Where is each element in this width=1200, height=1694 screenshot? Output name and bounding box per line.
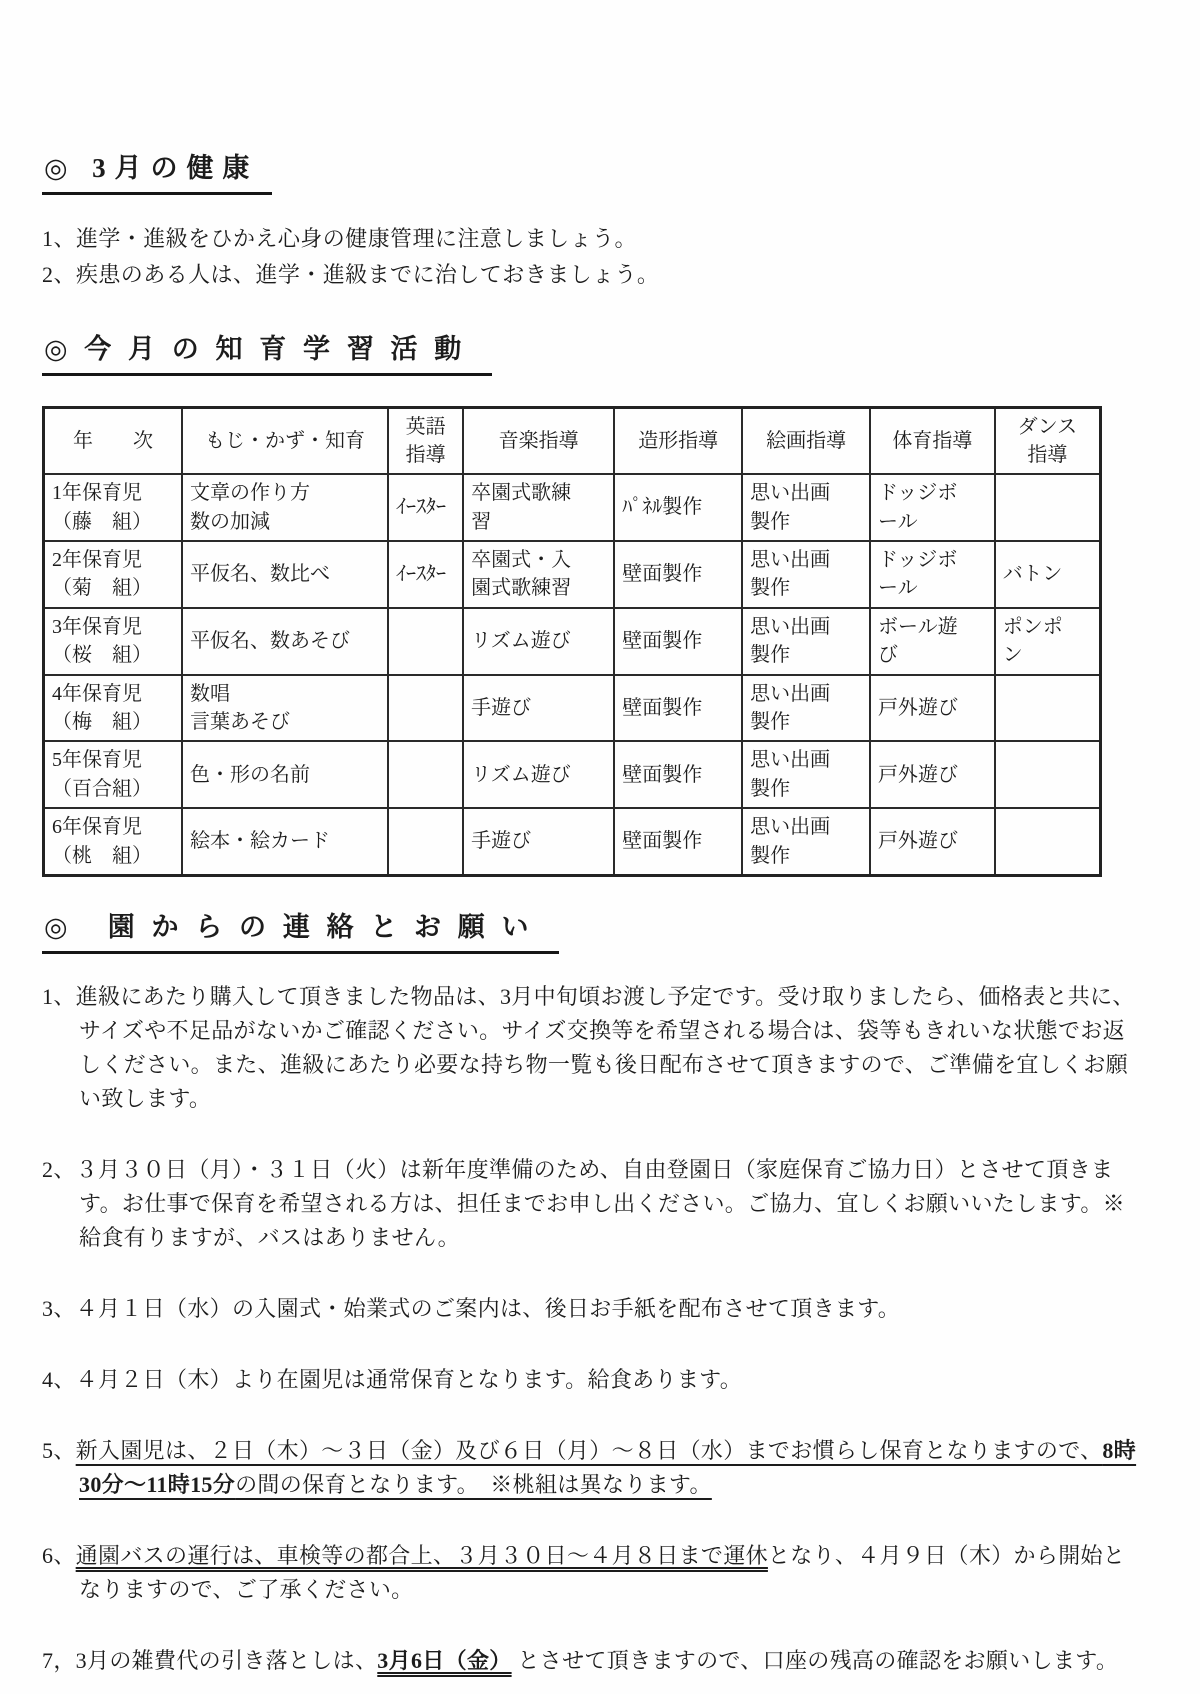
notice-item-1: 1、進級にあたり購入して頂きました物品は、3月中旬頃お渡し予定です。受け取りまし… — [42, 980, 1138, 1116]
notices-section: ◎ 園からの連絡とお願い 1、進級にあたり購入して頂きました物品は、3月中旬頃お… — [42, 911, 1138, 1678]
table-cell: ﾊﾟﾈﾙ製作 — [614, 474, 742, 541]
notice-text: ４月２日（木）より在園児は通常保育となります。給食あります。 — [76, 1367, 742, 1392]
table-row: 6年保育児 （桃 組） 絵本・絵カード 手遊び 壁面製作 思い出画 製作 戸外遊… — [44, 808, 1101, 875]
table-cell — [995, 741, 1101, 808]
table-cell: 6年保育児 （桃 組） — [44, 808, 182, 875]
notice-item-3: 3、４月１日（水）の入園式・始業式のご案内は、後日お手紙を配布させて頂きます。 — [42, 1292, 1138, 1326]
table-cell: 手遊び — [463, 808, 614, 875]
health-list: 1、進学・進級をひかえ心身の健康管理に注意しましょう。 2、疾患のある人は、進学… — [42, 221, 1138, 293]
notice-number: 2、 — [42, 1157, 76, 1182]
notice-item-2: 2、３月３０日（月）・３１日（火）は新年度準備のため、自由登園日（家庭保育ご協力… — [42, 1153, 1138, 1255]
table-cell — [388, 808, 463, 875]
notice-text-underlined: の間の保育となります。 ※桃組は異なります。 — [235, 1472, 712, 1497]
health-section: ◎ 3月の健康 1、進学・進級をひかえ心身の健康管理に注意しましょう。 2、疾患… — [42, 152, 1138, 293]
table-cell: バトン — [995, 541, 1101, 608]
health-section-heading: ◎ 3月の健康 — [42, 152, 272, 195]
table-cell: 文章の作り方 数の加減 — [182, 474, 388, 541]
table-cell — [995, 474, 1101, 541]
table-cell: 平仮名、数あそび — [182, 608, 388, 675]
activity-table: 年 次 もじ・かず・知育 英語 指導 音楽指導 造形指導 絵画指導 体育指導 ダ… — [42, 406, 1102, 877]
table-cell: 思い出画 製作 — [742, 608, 870, 675]
notice-number: 1、 — [42, 984, 76, 1009]
table-cell: 壁面製作 — [614, 608, 742, 675]
table-cell: 壁面製作 — [614, 675, 742, 742]
table-cell: リズム遊び — [463, 608, 614, 675]
table-cell: 数唱 言葉あそび — [182, 675, 388, 742]
table-cell: ドッジボ ール — [870, 541, 995, 608]
table-cell: ｲｰｽﾀｰ — [388, 474, 463, 541]
table-cell: 思い出画 製作 — [742, 675, 870, 742]
column-header-craft: 造形指導 — [614, 407, 742, 474]
table-cell: 思い出画 製作 — [742, 808, 870, 875]
table-cell: 色・形の名前 — [182, 741, 388, 808]
notice-text: ４月１日（水）の入園式・始業式のご案内は、後日お手紙を配布させて頂きます。 — [76, 1296, 900, 1321]
notice-text: とさせて頂きますので、口座の残高の確認をお願いします。 — [512, 1648, 1119, 1673]
notice-text: 3月の雑費代の引き落としは、 — [76, 1648, 378, 1673]
health-item: 1、進学・進級をひかえ心身の健康管理に注意しましょう。 — [42, 221, 1138, 257]
table-cell: 平仮名、数比べ — [182, 541, 388, 608]
health-item-number: 2、 — [42, 262, 76, 287]
document-page: ◎ 3月の健康 1、進学・進級をひかえ心身の健康管理に注意しましょう。 2、疾患… — [0, 0, 1200, 1694]
column-header-dance: ダンス 指導 — [995, 407, 1101, 474]
table-cell: 3年保育児 （桜 組） — [44, 608, 182, 675]
table-row: 3年保育児 （桜 組） 平仮名、数あそび リズム遊び 壁面製作 思い出画 製作 … — [44, 608, 1101, 675]
notice-item-5: 5、新入園児は、２日（木）～３日（金）及び６日（月）～８日（水）までお慣らし保育… — [42, 1434, 1138, 1502]
table-cell: 5年保育児 （百合組） — [44, 741, 182, 808]
table-cell: ボール遊 び — [870, 608, 995, 675]
table-cell: 思い出画 製作 — [742, 474, 870, 541]
table-cell — [995, 808, 1101, 875]
table-row: 4年保育児 （梅 組） 数唱 言葉あそび 手遊び 壁面製作 思い出画 製作 戸外… — [44, 675, 1101, 742]
column-header-drawing: 絵画指導 — [742, 407, 870, 474]
table-cell: 卒園式・入 園式歌練習 — [463, 541, 614, 608]
table-cell: 戸外遊び — [870, 808, 995, 875]
table-cell — [995, 675, 1101, 742]
table-cell: 壁面製作 — [614, 541, 742, 608]
table-row: 1年保育児 （藤 組） 文章の作り方 数の加減 ｲｰｽﾀｰ 卒園式歌練 習 ﾊﾟ… — [44, 474, 1101, 541]
table-row: 2年保育児 （菊 組） 平仮名、数比べ ｲｰｽﾀｰ 卒園式・入 園式歌練習 壁面… — [44, 541, 1101, 608]
table-header-row: 年 次 もじ・かず・知育 英語 指導 音楽指導 造形指導 絵画指導 体育指導 ダ… — [44, 407, 1101, 474]
notice-text-underlined: 新入園児は、２日（木）～３日（金）及び６日（月）～８日（水）までお慣らし保育とな… — [76, 1438, 1103, 1463]
notice-number: 3、 — [42, 1296, 76, 1321]
notices-list: 1、進級にあたり購入して頂きました物品は、3月中旬頃お渡し予定です。受け取りまし… — [42, 980, 1138, 1678]
notice-number: 6、 — [42, 1543, 76, 1568]
table-cell — [388, 675, 463, 742]
table-cell: 1年保育児 （藤 組） — [44, 474, 182, 541]
notice-text-double-underlined: 3月6日（金） — [377, 1648, 511, 1673]
table-row: 5年保育児 （百合組） 色・形の名前 リズム遊び 壁面製作 思い出画 製作 戸外… — [44, 741, 1101, 808]
activities-section-heading: ◎今月の知育学習活動 — [42, 333, 492, 376]
table-cell: 思い出画 製作 — [742, 741, 870, 808]
table-cell — [388, 741, 463, 808]
notices-section-heading: ◎ 園からの連絡とお願い — [42, 911, 559, 954]
notice-number: 4、 — [42, 1367, 76, 1392]
notice-text-double-underlined: 通園バスの運行は、車検等の都合上、３月３０日～４月８日まで運休 — [76, 1543, 768, 1568]
table-cell: 手遊び — [463, 675, 614, 742]
table-cell: 思い出画 製作 — [742, 541, 870, 608]
table-cell: リズム遊び — [463, 741, 614, 808]
table-cell: 4年保育児 （梅 組） — [44, 675, 182, 742]
health-item-text: 進学・進級をひかえ心身の健康管理に注意しましょう。 — [76, 226, 637, 251]
notice-number: 5、 — [42, 1438, 76, 1463]
notice-item-7: 7，3月の雑費代の引き落としは、3月6日（金） とさせて頂きますので、口座の残高… — [42, 1644, 1138, 1678]
table-cell: ドッジボ ール — [870, 474, 995, 541]
notice-text: 進級にあたり購入して頂きました物品は、3月中旬頃お渡し予定です。受け取りましたら… — [76, 984, 1135, 1111]
table-cell — [388, 608, 463, 675]
column-header-year: 年 次 — [44, 407, 182, 474]
health-item-text: 疾患のある人は、進学・進級までに治しておきましょう。 — [76, 262, 659, 287]
column-header-english: 英語 指導 — [388, 407, 463, 474]
table-cell: 2年保育児 （菊 組） — [44, 541, 182, 608]
notice-text: ３月３０日（月）・３１日（火）は新年度準備のため、自由登園日（家庭保育ご協力日）… — [76, 1157, 1148, 1250]
health-item-number: 1、 — [42, 226, 76, 251]
table-cell: 戸外遊び — [870, 675, 995, 742]
table-cell: 卒園式歌練 習 — [463, 474, 614, 541]
health-item: 2、疾患のある人は、進学・進級までに治しておきましょう。 — [42, 257, 1138, 293]
table-cell: 絵本・絵カード — [182, 808, 388, 875]
notice-item-4: 4、４月２日（木）より在園児は通常保育となります。給食あります。 — [42, 1363, 1138, 1397]
table-cell: ｲｰｽﾀｰ — [388, 541, 463, 608]
notice-number: 7， — [42, 1648, 76, 1673]
table-cell: 戸外遊び — [870, 741, 995, 808]
column-header-music: 音楽指導 — [463, 407, 614, 474]
table-cell: 壁面製作 — [614, 741, 742, 808]
notice-item-6: 6、通園バスの運行は、車検等の都合上、３月３０日～４月８日まで運休となり、４月９… — [42, 1539, 1138, 1607]
table-cell: ポンポ ン — [995, 608, 1101, 675]
table-cell: 壁面製作 — [614, 808, 742, 875]
column-header-literacy: もじ・かず・知育 — [182, 407, 388, 474]
activities-section: ◎今月の知育学習活動 年 次 もじ・かず・知育 英語 指導 音楽指導 造形指導 … — [42, 333, 1138, 877]
column-header-pe: 体育指導 — [870, 407, 995, 474]
